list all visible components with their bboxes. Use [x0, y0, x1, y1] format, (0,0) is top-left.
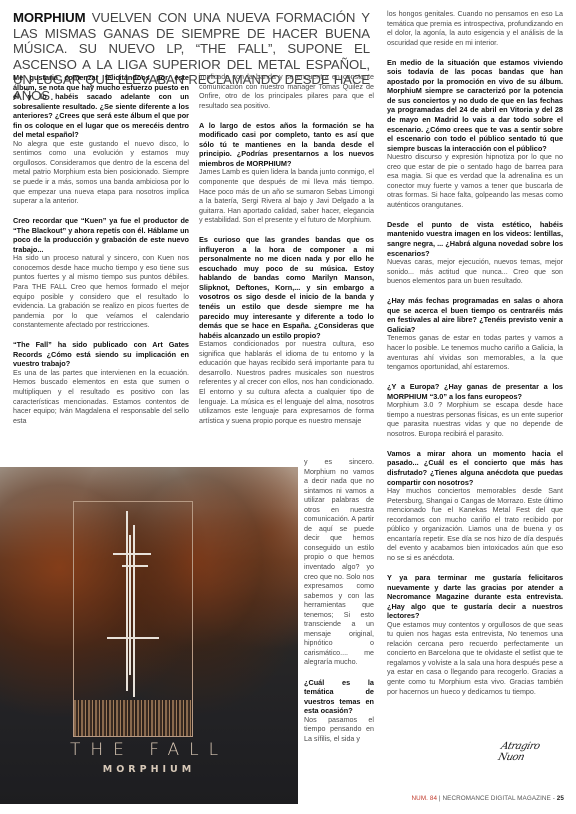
interview-answer: los hongos genitales. Cuando no pensamos… — [387, 10, 563, 48]
interview-question: A lo largo de estos años la formación se… — [199, 121, 374, 169]
interview-question: Me gustaria comenzar felicitándoos por e… — [13, 73, 189, 140]
interview-answer: Tenemos ganas de estar en todas partes y… — [387, 334, 563, 372]
column-2: implicado con la banda y se encuentra en… — [199, 73, 374, 426]
interview-answer: James Lamb es quien lidera la banda junt… — [199, 168, 374, 225]
paragraph-gap — [387, 563, 563, 573]
interview-question: “The Fall” ha sido publicado con Art Gat… — [13, 340, 189, 369]
cover-barcode-texture — [73, 700, 193, 737]
magazine-name: NECROMANCE DIGITAL MAGAZINE — [443, 795, 551, 802]
paragraph-gap — [199, 111, 374, 121]
column-2-wrap: y es sincero. Morphium no vamos a decir … — [304, 458, 374, 744]
interview-question: Y ya para terminar me gustaría felicitar… — [387, 573, 563, 621]
paragraph-gap — [199, 226, 374, 236]
interview-question: ¿Cuál es la temática de vuestros temas e… — [304, 678, 374, 716]
interview-question: Vamos a mirar ahora un momento hacia el … — [387, 449, 563, 487]
cover-cross-line — [126, 511, 128, 691]
interview-answer: Ha sido un proceso natural y sincero, co… — [13, 254, 189, 330]
author-signature: Atragiro Nuon — [497, 741, 568, 761]
paragraph-gap — [387, 373, 563, 383]
cover-cross-bar — [122, 565, 148, 567]
paragraph-gap — [387, 48, 563, 58]
cover-cross-bar — [107, 637, 159, 639]
interview-question: Creo recordar que “Kuen” ya fue el produ… — [13, 216, 189, 254]
cover-cross-line — [129, 535, 131, 675]
interview-question: ¿Hay más fechas programadas en salas o a… — [387, 296, 563, 334]
cover-band-name: MORPHIUM — [0, 764, 298, 775]
page-footer: NUM. 84 | NECROMANCE DIGITAL MAGAZINE - … — [412, 795, 564, 802]
interview-answer: y es sincero. Morphium no vamos a decir … — [304, 458, 374, 668]
paragraph-gap — [387, 210, 563, 220]
column-3: los hongos genitales. Cuando no pensamos… — [387, 10, 563, 697]
interview-question: ¿Y a Europa? ¿Hay ganas de presentar a l… — [387, 382, 563, 401]
paragraph-gap — [13, 207, 189, 217]
interview-answer: Nos pasamos el tiempo pensando en La síf… — [304, 716, 374, 745]
interview-answer: Nuevas caras, mejor ejecución, nuevos te… — [387, 258, 563, 287]
paragraph-gap — [13, 331, 189, 341]
interview-answer: implicado con la banda y se encuentra en… — [199, 73, 374, 111]
interview-answer: Es una de las partes que intervienen en … — [13, 369, 189, 426]
interview-question: En medio de la situación que estamos viv… — [387, 58, 563, 153]
column-1: Me gustaria comenzar felicitándoos por e… — [13, 73, 189, 426]
issue-number: NUM. 84 — [412, 795, 438, 802]
interview-answer: Hay muchos conciertos memorables desde S… — [387, 487, 563, 563]
interview-answer: Que estamos muy contentos y orgullosos d… — [387, 621, 563, 697]
interview-answer: Nuestro discurso y expresión hipnotiza p… — [387, 153, 563, 210]
interview-answer: No alegra que este gustando el nuevo dis… — [13, 140, 189, 207]
band-name: MORPHIUM — [13, 10, 85, 25]
interview-question: Es curioso que las grandes bandas que os… — [199, 235, 374, 340]
interview-question: Desde el punto de vista estético, habéis… — [387, 220, 563, 258]
cover-album-title: THE FALL — [0, 740, 298, 760]
interview-answer: Morphium 3.0 ? Morphium se escapa desde … — [387, 401, 563, 439]
cover-cross-bar — [113, 553, 151, 555]
cover-cross-line — [133, 525, 135, 697]
page-number: 25 — [557, 795, 564, 802]
paragraph-gap — [387, 439, 563, 449]
paragraph-gap — [304, 668, 374, 678]
interview-answer: Estamos condicionados por nuestra cultur… — [199, 340, 374, 426]
album-cover-image: THE FALL MORPHIUM — [0, 467, 298, 804]
paragraph-gap — [387, 287, 563, 297]
